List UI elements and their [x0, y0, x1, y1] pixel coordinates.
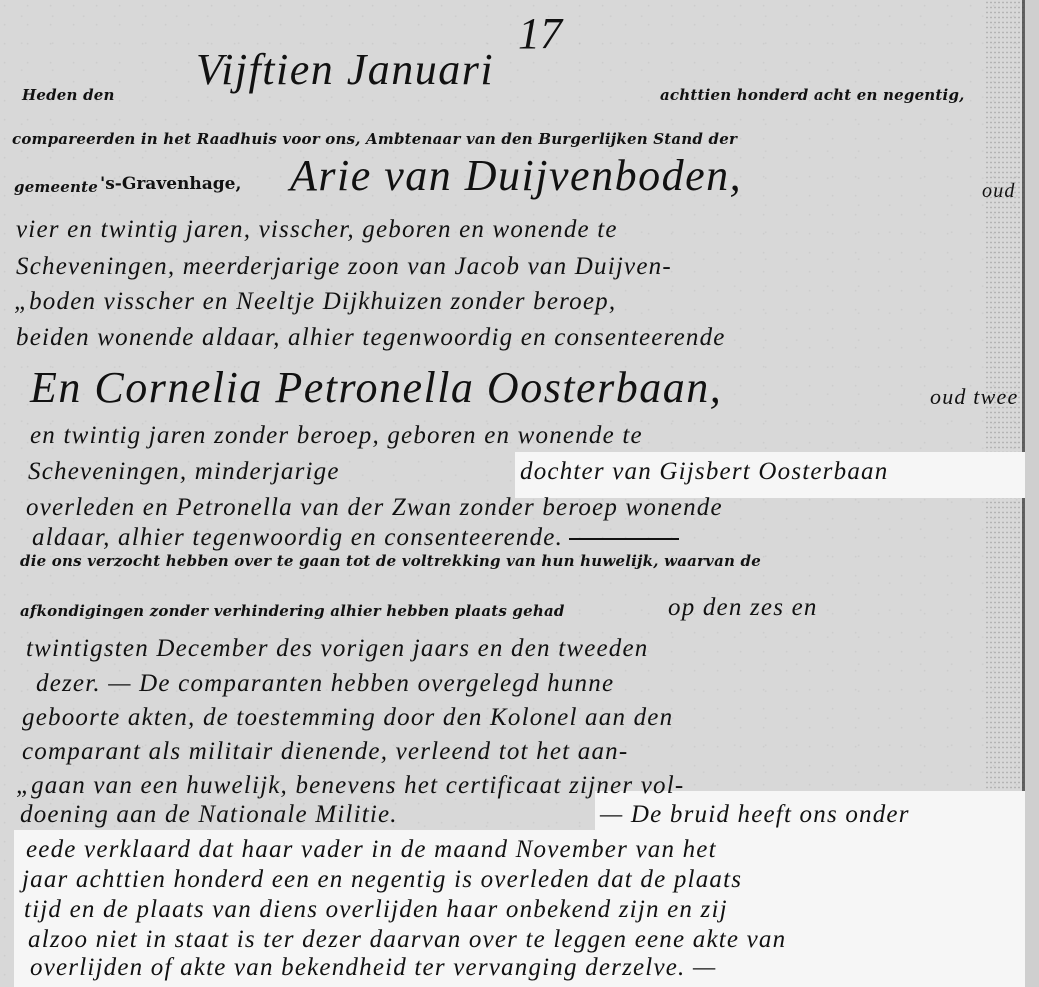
groom-name: Arie van Duijvenboden,	[290, 150, 742, 201]
handwritten-text: dezer. — De comparanten hebben overgeleg…	[36, 670, 614, 698]
oath-statement: — De bruid heeft ons onder	[600, 801, 910, 829]
handwritten-text: alzoo niet in staat is ter dezer daarvan…	[28, 926, 786, 954]
handwritten-text: en twintig jaren zonder beroep, geboren …	[30, 422, 643, 450]
handwritten-text: overlijden of akte van bekendheid ter ve…	[30, 954, 716, 982]
handwritten-text: Scheveningen, minderjarige	[28, 458, 340, 486]
handwritten-text: comparant als militair dienende, verleen…	[22, 738, 628, 766]
handwritten-text: op den zes en	[668, 594, 818, 622]
printed-text: gemeente	[14, 178, 98, 196]
handwritten-text: overleden en Petronella van der Zwan zon…	[26, 494, 723, 522]
bride-name: En Cornelia Petronella Oosterbaan,	[30, 362, 722, 413]
handwritten-text: tijd en de plaats van diens overlijden h…	[24, 896, 728, 924]
handwritten-text: doening aan de Nationale Militie.	[20, 801, 398, 829]
printed-text: compareerden in het Raadhuis voor ons, A…	[12, 130, 737, 148]
handwritten-text: beiden wonende aldaar, alhier tegenwoord…	[16, 324, 726, 352]
handwritten-date: Vijftien Januari	[196, 44, 494, 95]
handwritten-text: jaar achttien honderd een en negentig is…	[22, 866, 742, 894]
municipality-name: 's-Gravenhage,	[100, 174, 241, 194]
printed-text: afkondigingen zonder verhindering alhier…	[20, 602, 565, 620]
handwritten-text: oud twee	[930, 384, 1018, 410]
register-page: 17 Heden den Vijftien Januari achttien h…	[0, 0, 1039, 987]
bride-father: dochter van Gijsbert Oosterbaan	[520, 458, 888, 486]
handwritten-text: twintigsten December des vorigen jaars e…	[26, 635, 649, 663]
handwritten-text: vier en twintig jaren, visscher, geboren…	[16, 216, 618, 244]
handwritten-text: oud	[982, 180, 1016, 203]
right-margin	[1025, 0, 1039, 987]
printed-text: die ons verzocht hebben over te gaan tot…	[20, 552, 761, 570]
handwritten-text: geboorte akten, de toestemming door den …	[22, 704, 673, 732]
handwritten-text: „gaan van een huwelijk, benevens het cer…	[16, 772, 684, 800]
printed-text: Heden den	[22, 86, 115, 104]
printed-text: achttien honderd acht en negentig,	[660, 86, 965, 104]
handwritten-text: Scheveningen, meerderjarige zoon van Jac…	[16, 253, 672, 281]
handwritten-text: eede verklaard dat haar vader in de maan…	[26, 836, 717, 864]
handwritten-text: „boden visscher en Neeltje Dijkhuizen zo…	[14, 288, 616, 316]
handwritten-text: aldaar, alhier tegenwoordig en consentee…	[32, 524, 679, 552]
page-number: 17	[518, 8, 562, 59]
